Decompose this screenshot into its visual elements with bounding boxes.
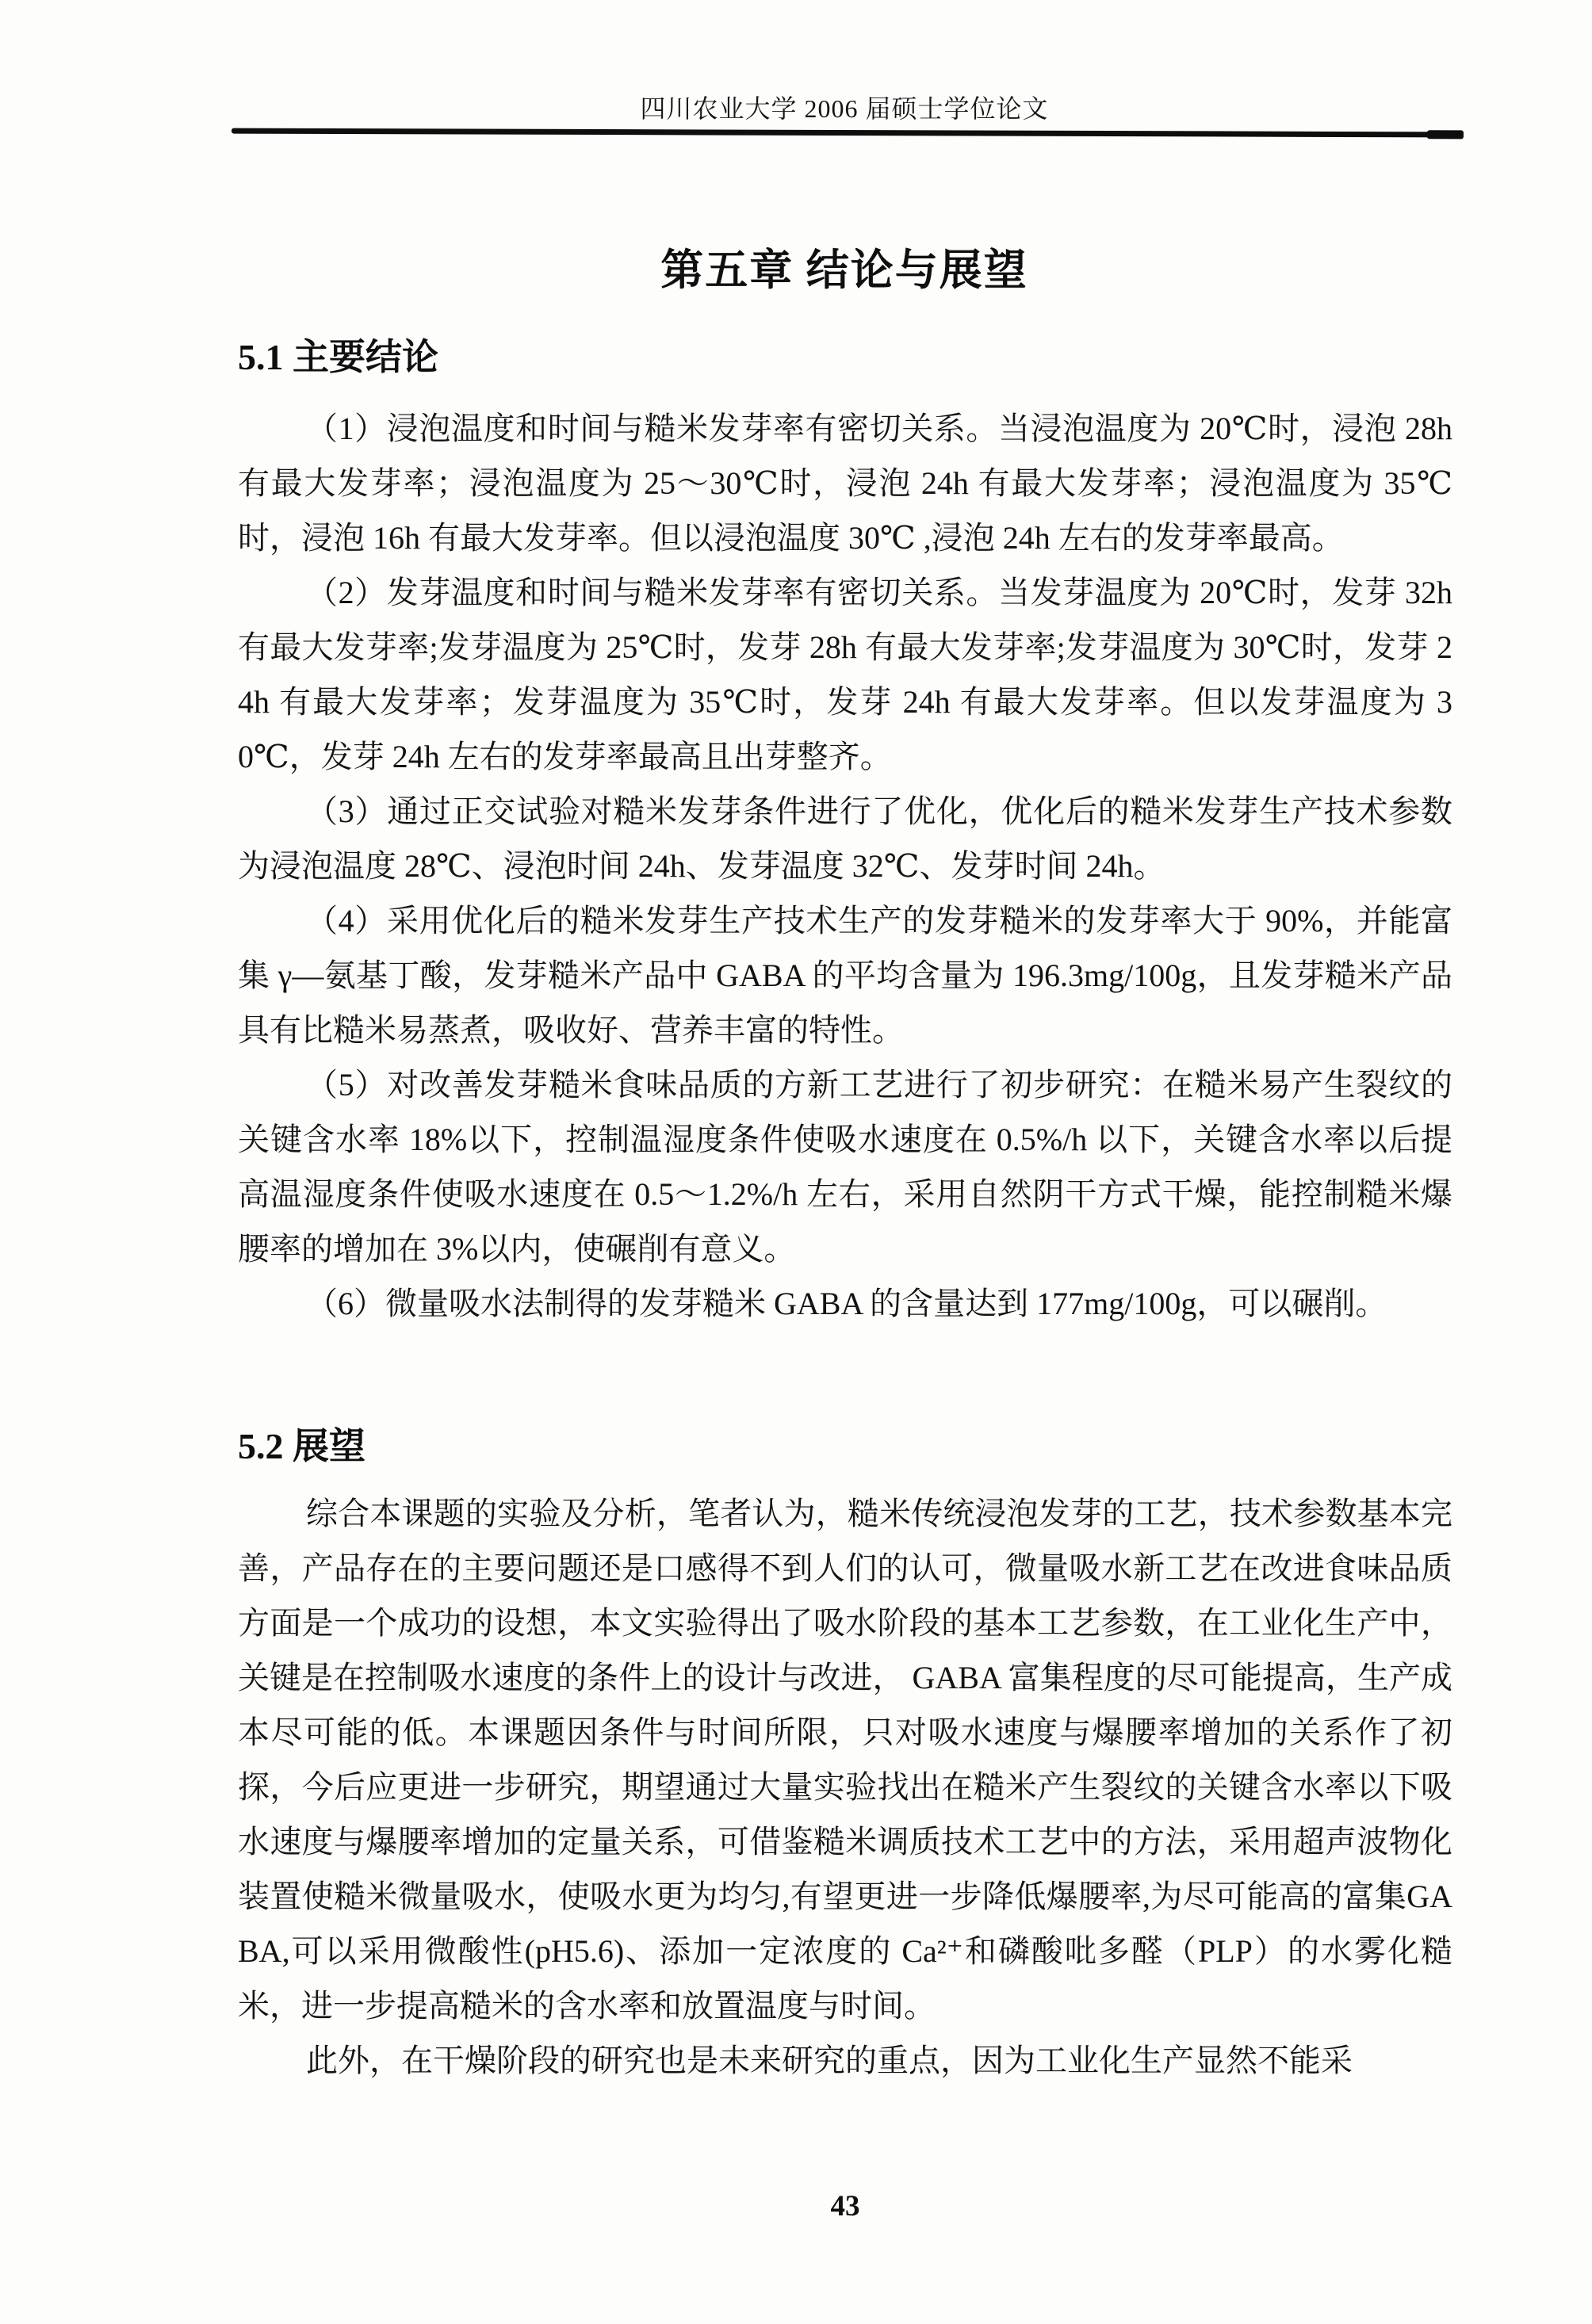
section-heading-5-2: 5.2 展望 — [238, 1417, 1452, 1470]
paragraph-conclusion-6: （6）微量吸水法制得的发芽糙米 GABA 的含量达到 177mg/100g，可以… — [238, 1276, 1452, 1331]
paragraph-conclusion-2: （2）发芽温度和时间与糙米发芽率有密切关系。当发芽温度为 20℃时，发芽 32h… — [238, 565, 1452, 784]
paragraph-conclusion-1: （1）浸泡温度和时间与糙米发芽率有密切关系。当浸泡温度为 20℃时，浸泡 28h… — [238, 401, 1452, 565]
paragraph-conclusion-3: （3）通过正交试验对糙米发芽条件进行了优化，优化后的糙米发芽生产技术参数为浸泡温… — [238, 784, 1452, 893]
chapter-title: 第五章 结论与展望 — [230, 236, 1459, 297]
paragraph-outlook-1: 综合本课题的实验及分析，笔者认为，糙米传统浸泡发芽的工艺，技术参数基本完善，产品… — [238, 1486, 1452, 2033]
header-divider-line — [232, 128, 1462, 138]
thesis-page: 四川农业大学 2006 届硕士学位论文 第五章 结论与展望 5.1 主要结论 （… — [0, 0, 1592, 2324]
paragraph-outlook-2: 此外，在干燥阶段的研究也是未来研究的重点，因为工业化生产显然不能采 — [238, 2033, 1452, 2088]
section-5-1-body: （1）浸泡温度和时间与糙米发芽率有密切关系。当浸泡温度为 20℃时，浸泡 28h… — [238, 401, 1452, 1331]
paragraph-conclusion-5: （5）对改善发芽糙米食味品质的方新工艺进行了初步研究：在糙米易产生裂纹的关键含水… — [238, 1057, 1452, 1276]
section-heading-5-1: 5.1 主要结论 — [238, 328, 1452, 380]
page-number: 43 — [238, 2189, 1452, 2223]
running-header: 四川农业大学 2006 届硕士学位论文 — [230, 89, 1459, 125]
section-5-2-body: 综合本课题的实验及分析，笔者认为，糙米传统浸泡发芽的工艺，技术参数基本完善，产品… — [238, 1486, 1452, 2088]
paragraph-conclusion-4: （4）采用优化后的糙米发芽生产技术生产的发芽糙米的发芽率大于 90%，并能富集 … — [238, 893, 1452, 1057]
